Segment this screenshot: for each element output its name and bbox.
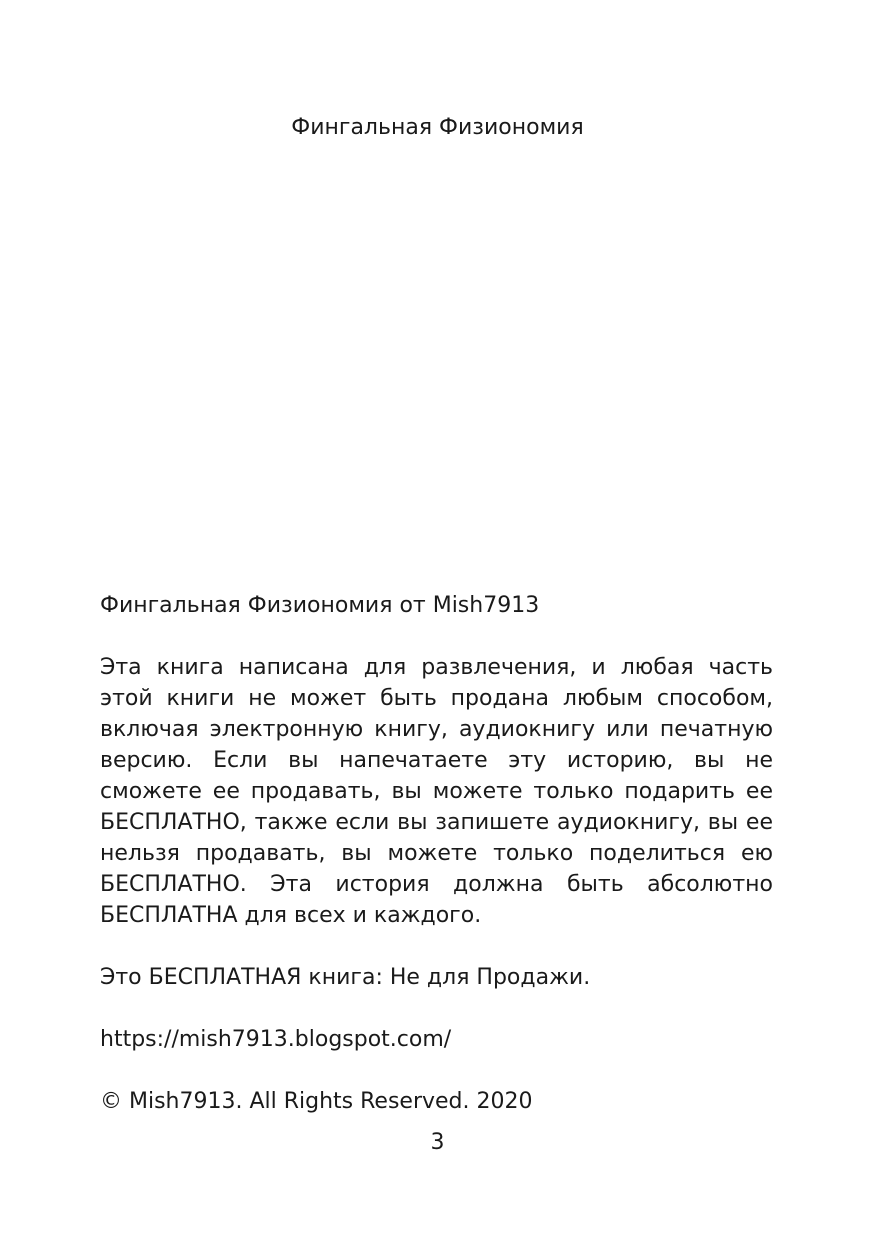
blog-url-link[interactable]: https://mish7913.blogspot.com/ xyxy=(100,1024,773,1055)
free-notice: Это БЕСПЛАТНАЯ книга: Не для Продажи. xyxy=(100,962,773,993)
page-content: Фингальная Физиономия от Mish7913 Эта кн… xyxy=(0,590,875,1117)
disclaimer-paragraph: Эта книга написана для развлечения, и лю… xyxy=(100,652,773,931)
book-page: Фингальная Физиономия Фингальная Физионо… xyxy=(0,0,875,1241)
copyright-notice: © Mish7913. All Rights Reserved. 2020 xyxy=(100,1086,773,1117)
book-byline: Фингальная Физиономия от Mish7913 xyxy=(100,590,773,621)
running-title: Фингальная Физиономия xyxy=(0,112,875,143)
page-number: 3 xyxy=(0,1129,875,1157)
